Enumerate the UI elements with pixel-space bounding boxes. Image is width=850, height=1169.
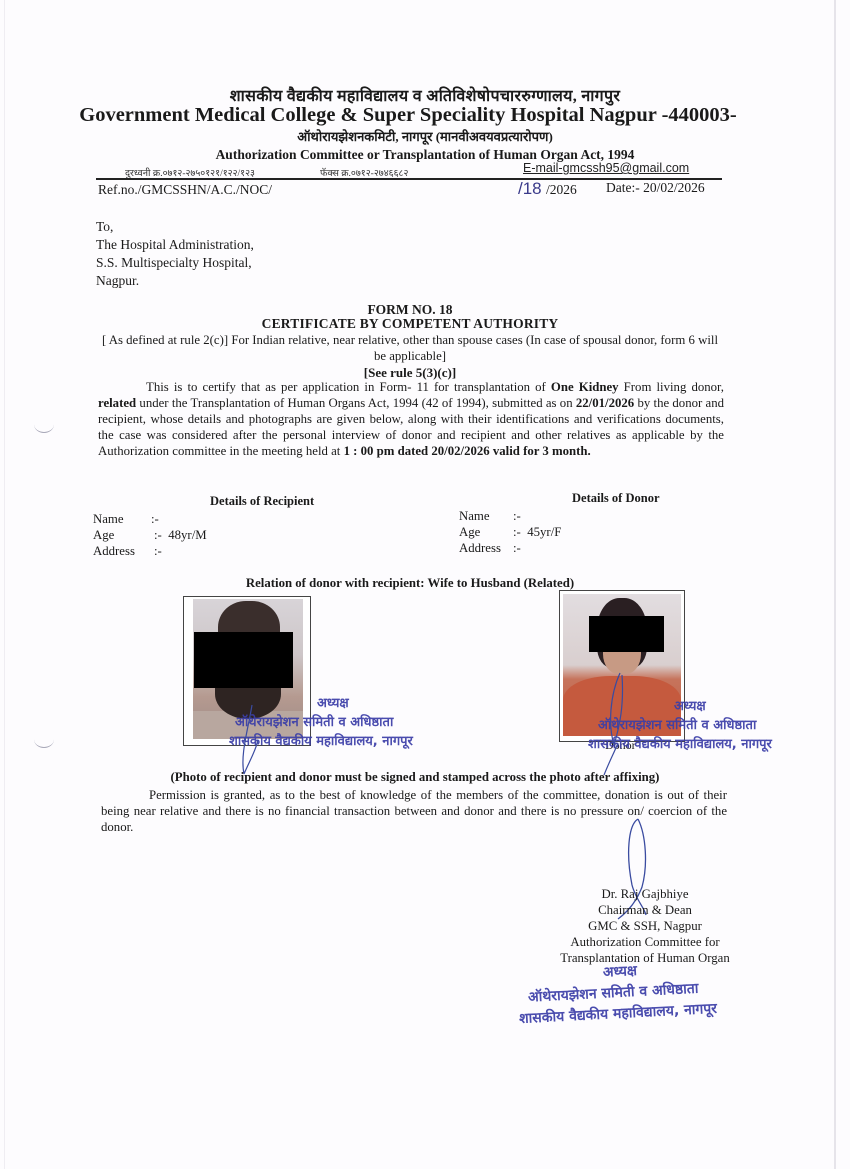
field-label: Age (459, 524, 513, 540)
meeting-details: 1 : 00 pm dated 20/02/2026 valid for 3 m… (344, 444, 591, 458)
field-sep: :- (154, 527, 162, 543)
donor-address-row: Address:- (459, 540, 561, 556)
signatory-name: Dr. Raj Gajbhiye (500, 886, 790, 902)
recipient-signature (222, 700, 282, 780)
donor-signature (590, 665, 650, 785)
field-value: 45yr/F (527, 524, 561, 540)
field-sep: :- (513, 508, 521, 524)
certificate-title: CERTIFICATE BY COMPETENT AUTHORITY (0, 316, 820, 332)
stamp-line: अध्यक्ष (317, 694, 413, 713)
donor-details: Name:- Age:- 45yr/F Address:- (459, 508, 561, 556)
signatory-institution: GMC & SSH, Nagpur (500, 918, 790, 934)
field-sep: :- (151, 511, 159, 527)
letter-date: Date:- 20/02/2026 (606, 180, 705, 196)
page-edge-right (834, 0, 836, 1169)
addressee-line: To, (96, 218, 254, 236)
addressee-line: Nagpur. (96, 272, 254, 290)
donor-recipient-relation: Relation of donor with recipient: Wife t… (0, 576, 820, 591)
institution-name: Government Medical College & Super Speci… (0, 104, 816, 127)
donor-age-row: Age:- 45yr/F (459, 524, 561, 540)
donor-face-redaction (589, 616, 664, 652)
official-stamp-chairman: अध्यक्ष ऑथेरायझेशन समिती व अधिष्ठाता शास… (516, 957, 717, 1030)
punch-hole-mark (34, 416, 54, 433)
field-sep: :- (513, 524, 521, 540)
field-label: Name (93, 511, 151, 527)
photo-instruction-note: (Photo of recipient and donor must be si… (0, 770, 830, 785)
addressee-block: To, The Hospital Administration, S.S. Mu… (96, 218, 254, 290)
punch-hole-mark (34, 731, 54, 748)
signatory-block: Dr. Raj Gajbhiye Chairman & Dean GMC & S… (500, 886, 790, 966)
recipient-details: Name:- Age:- 48yr/M Address:- (93, 511, 207, 559)
recipient-age-row: Age:- 48yr/M (93, 527, 207, 543)
recipient-details-title: Details of Recipient (210, 494, 314, 509)
committee-name: Authorization Committee or Transplantati… (0, 147, 850, 163)
email-link[interactable]: E-mail-gmcssh95@gmail.com (523, 161, 689, 175)
field-value: 48yr/M (168, 527, 206, 543)
donor-details-title: Details of Donor (572, 491, 660, 506)
donor-type: related (98, 396, 136, 410)
reference-handwritten-number: /18 (518, 179, 542, 199)
field-label: Age (93, 527, 151, 543)
field-label: Address (93, 543, 151, 559)
field-label: Address (459, 540, 513, 556)
recipient-name-row: Name:- (93, 511, 207, 527)
signatory-designation: Chairman & Dean (500, 902, 790, 918)
donor-name-row: Name:- (459, 508, 561, 524)
field-sep: :- (513, 540, 521, 556)
submitted-date: 22/01/2026 (576, 396, 634, 410)
institution-name-marathi: शासकीय वैद्यकीय महाविद्यालय व अतिविशेषोप… (0, 84, 850, 106)
rule-definition: [ As defined at rule 2(c)] For Indian re… (100, 332, 720, 364)
organ: One Kidney (551, 380, 619, 394)
recipient-face-redaction (194, 632, 293, 688)
field-label: Name (459, 508, 513, 524)
signatory-committee: Authorization Committee for (500, 934, 790, 950)
addressee-line: The Hospital Administration, (96, 236, 254, 254)
cert-text: From living donor, (619, 380, 724, 394)
field-sep: :- (154, 543, 162, 559)
certification-paragraph: This is to certify that as per applicati… (98, 379, 724, 459)
reference-year: /2026 (546, 182, 577, 198)
cert-text: This is to certify that as per applicati… (146, 380, 551, 394)
cert-text: under the Transplantation of Human Organ… (136, 396, 576, 410)
committee-name-marathi: ऑथोरायझेशनकमिटी, नागपूर (मानवीअवयवप्रत्य… (0, 127, 850, 145)
recipient-address-row: Address:- (93, 543, 207, 559)
stamp-line: अध्यक्ष (674, 697, 772, 716)
addressee-line: S.S. Multispecialty Hospital, (96, 254, 254, 272)
reference-number: Ref.no./GMCSSHN/A.C./NOC/ (98, 182, 272, 198)
